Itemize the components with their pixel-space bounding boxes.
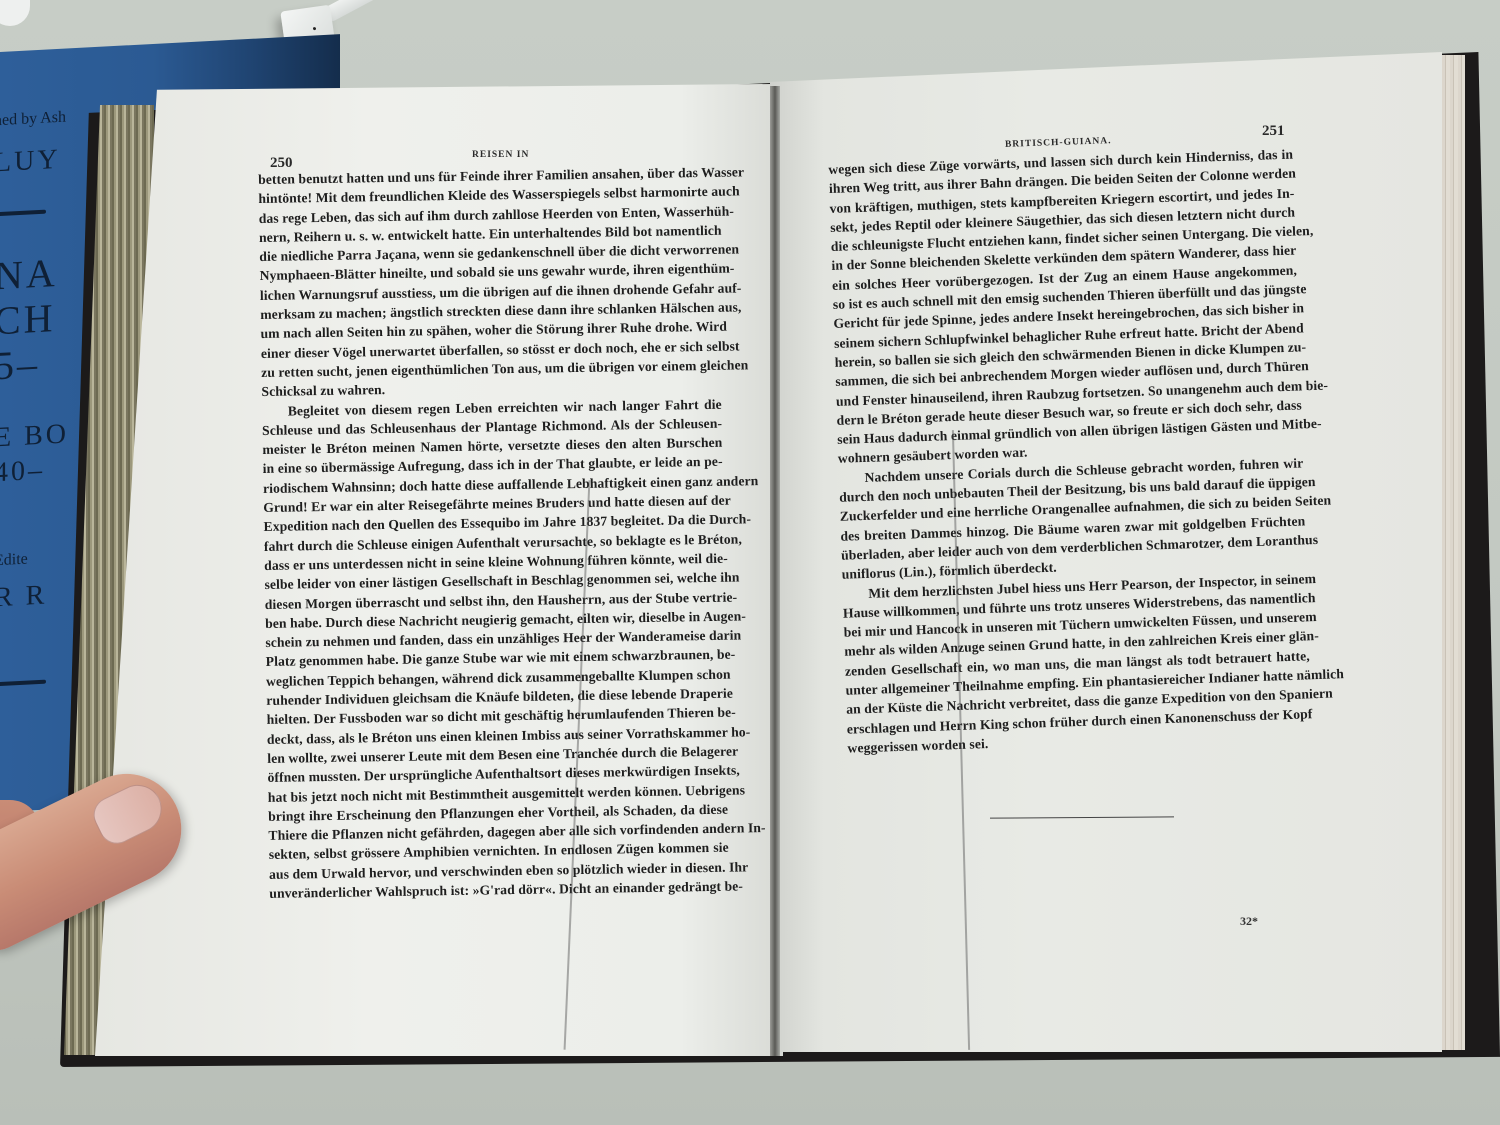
page-number-right: 251 xyxy=(1262,123,1285,140)
blue-book-fragment: E BO xyxy=(0,418,69,454)
blue-book-fragment: NA xyxy=(0,249,58,299)
thumbnail xyxy=(88,777,170,850)
ornament-divider xyxy=(0,680,46,687)
blue-book-fragment: LUY xyxy=(0,144,61,179)
blue-book-fragment: 40– xyxy=(0,455,45,490)
plug-led xyxy=(313,27,316,30)
book-gutter xyxy=(770,86,780,1056)
printer-signature-mark: 32* xyxy=(1240,914,1258,929)
blue-book-fragment: CH xyxy=(0,294,56,344)
blue-book-fragment: R R xyxy=(0,580,47,615)
right-page-body: wegen sich diese Züge vorwärts, und lass… xyxy=(828,145,1313,758)
blue-book-fragment: Edite xyxy=(0,551,28,571)
power-cable xyxy=(321,0,399,24)
left-page-body: betten benutzt hatten und uns für Feinde… xyxy=(258,163,729,903)
ornament-divider xyxy=(0,210,46,217)
running-title-left: REISEN IN xyxy=(472,150,529,160)
blue-book-fragment: 5– xyxy=(0,340,40,389)
blue-book-fragment: ned by Ash xyxy=(0,109,66,131)
cable-end xyxy=(0,0,30,26)
